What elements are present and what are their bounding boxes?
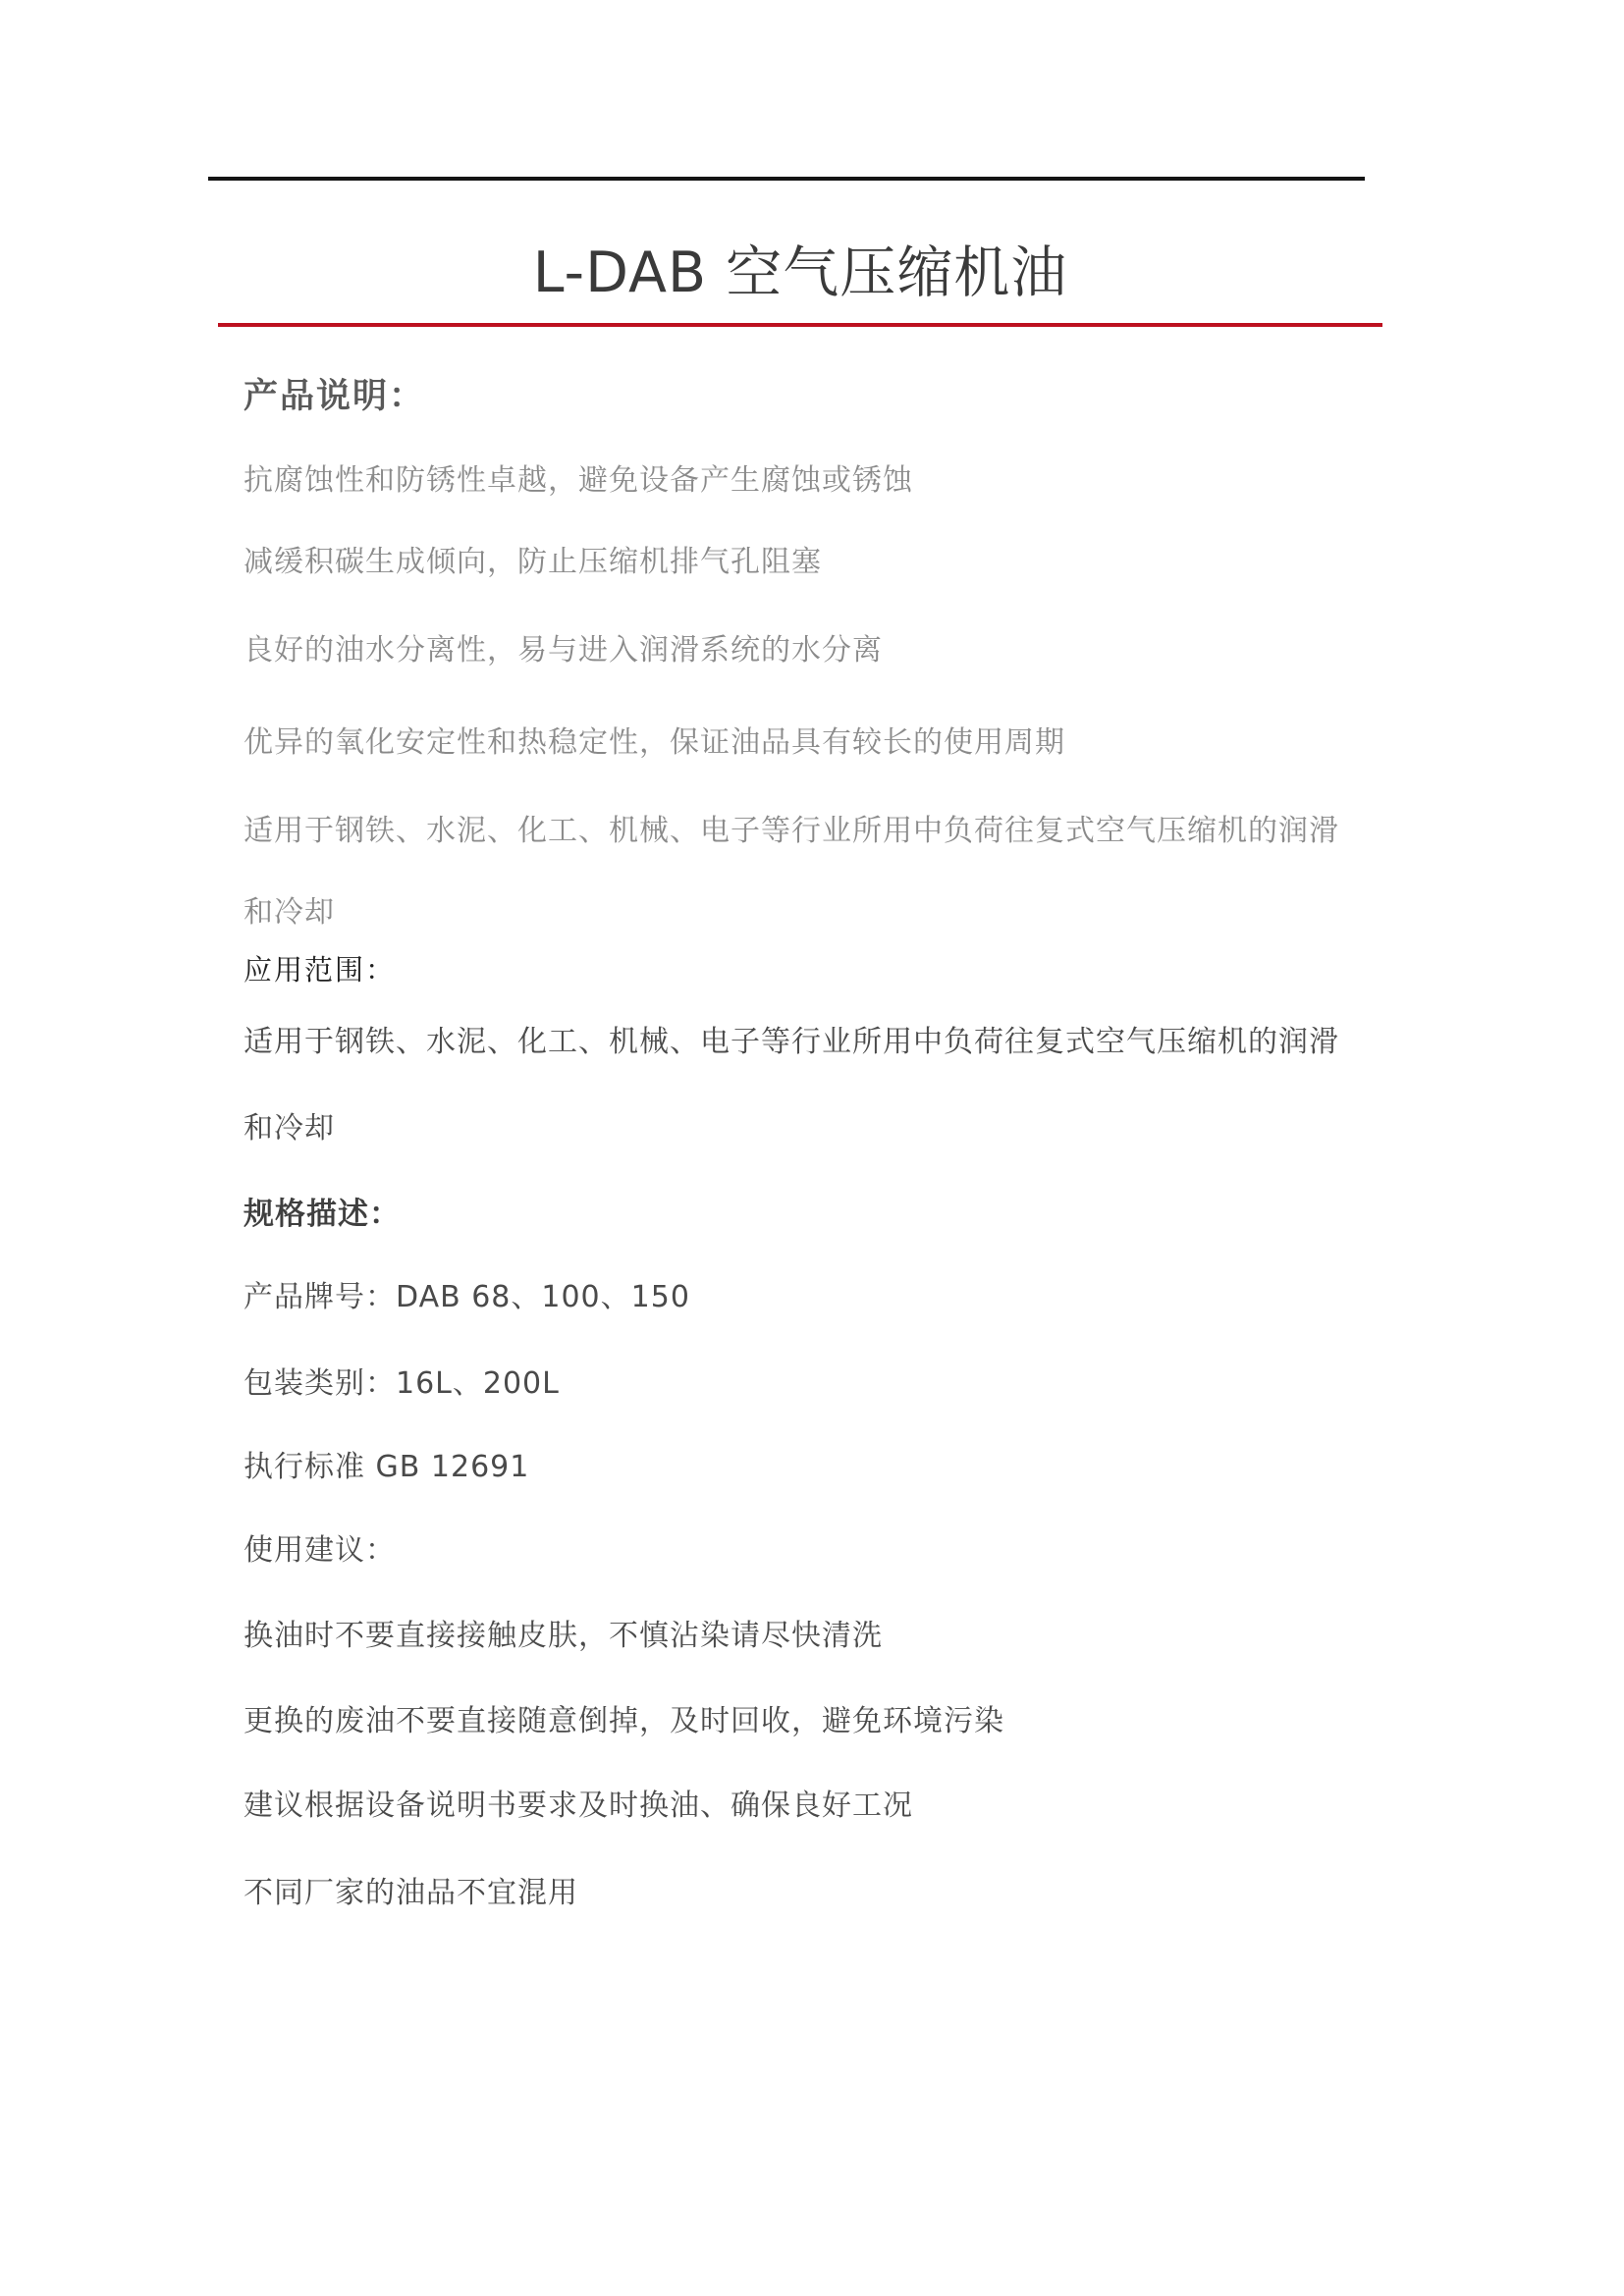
application-scope-line-continuation: 和冷却 xyxy=(244,1112,335,1147)
usage-advice-line: 不同厂家的油品不宜混用 xyxy=(244,1877,578,1911)
spec-line-standard: 执行标准 GB 12691 xyxy=(244,1451,529,1485)
usage-advice-line: 换油时不要直接接触皮肤，不慎沾染请尽快清洗 xyxy=(244,1620,883,1654)
usage-advice-line: 建议根据设备说明书要求及时换油、确保良好工况 xyxy=(244,1789,913,1824)
spec-line-package-types: 包装类别：16L、200L xyxy=(244,1367,560,1402)
document-page: L-DAB 空气压缩机油 产品说明： 抗腐蚀性和防锈性卓越，避免设备产生腐蚀或锈… xyxy=(0,0,1624,2296)
product-description-paragraph: 良好的油水分离性，易与进入润滑系统的水分离 xyxy=(244,634,883,668)
usage-advice-label: 使用建议： xyxy=(244,1534,396,1569)
product-description-paragraph-continuation: 和冷却 xyxy=(244,896,335,931)
page-title: L-DAB 空气压缩机油 xyxy=(218,228,1382,308)
usage-advice-line: 更换的废油不要直接随意倒掉，及时回收，避免环境污染 xyxy=(244,1705,1004,1739)
product-description-paragraph: 优异的氧化安定性和热稳定性，保证油品具有较长的使用周期 xyxy=(244,726,1065,761)
application-scope-label: 应用范围： xyxy=(244,955,396,988)
product-description-paragraph: 适用于钢铁、水泥、化工、机械、电子等行业所用中负荷往复式空气压缩机的润滑 xyxy=(244,815,1339,849)
section-heading-product-description: 产品说明： xyxy=(244,377,425,416)
top-divider-rule xyxy=(208,177,1365,181)
application-scope-line: 适用于钢铁、水泥、化工、机械、电子等行业所用中负荷往复式空气压缩机的润滑 xyxy=(244,1026,1339,1060)
product-description-paragraph: 抗腐蚀性和防锈性卓越，避免设备产生腐蚀或锈蚀 xyxy=(244,464,913,499)
section-heading-specification: 规格描述： xyxy=(244,1198,401,1233)
spec-line-product-grades: 产品牌号：DAB 68、100、150 xyxy=(244,1281,690,1315)
product-description-paragraph: 减缓积碳生成倾向，防止压缩机排气孔阻塞 xyxy=(244,546,822,580)
title-underline-rule xyxy=(218,323,1382,327)
